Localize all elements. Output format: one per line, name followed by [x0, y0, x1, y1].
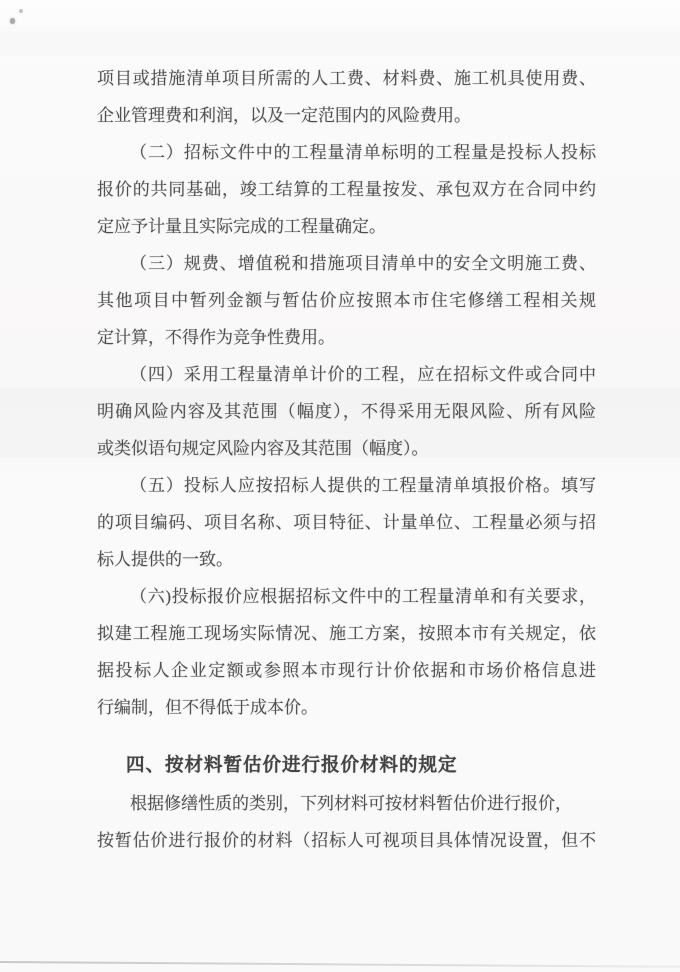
document-line: 其他项目中暂列金额与暂估价应按照本市住宅修缮工程相关规 [97, 282, 596, 319]
document-line: （三）规费、增值税和措施项目清单中的安全文明施工费、 [97, 245, 596, 282]
scan-band [0, 26, 680, 56]
document-line: 的项目编码、项目名称、项目特征、计量单位、工程量必须与招 [97, 504, 596, 541]
document-line: （二）招标文件中的工程量清单标明的工程量是投标人投标 [97, 134, 596, 171]
page-bottom-edge-line [0, 961, 680, 968]
document-line: 根据修缮性质的类别，下列材料可按材料暂估价进行报价， [97, 785, 596, 822]
document-line: 行编制，但不得低于成本价。 [97, 689, 596, 726]
document-line: （四）采用工程量清单计价的工程，应在招标文件或合同中 [97, 356, 596, 393]
document-line: 按暂估价进行报价的材料（招标人可视项目具体情况设置，但不 [97, 822, 596, 859]
document-content: 项目或措施清单项目所需的人工费、材料费、施工机具使用费、企业管理费和利润，以及一… [97, 60, 596, 859]
document-page: 项目或措施清单项目所需的人工费、材料费、施工机具使用费、企业管理费和利润，以及一… [0, 0, 680, 972]
document-line: 拟建工程施工现场实际情况、施工方案，按照本市有关规定，依 [97, 615, 596, 652]
scan-speck [19, 9, 23, 13]
section-heading: 四、按材料暂估价进行报价材料的规定 [97, 748, 596, 785]
document-line: 项目或措施清单项目所需的人工费、材料费、施工机具使用费、 [97, 60, 596, 97]
document-line: 企业管理费和利润，以及一定范围内的风险费用。 [97, 97, 596, 134]
document-line: 标人提供的一致。 [97, 541, 596, 578]
document-line: 明确风险内容及其范围（幅度），不得采用无限风险、所有风险 [97, 393, 596, 430]
document-line: 定应予计量且实际完成的工程量确定。 [97, 208, 596, 245]
document-line: （六)投标报价应根据招标文件中的工程量清单和有关要求， [97, 578, 596, 615]
document-line: 据投标人企业定额或参照本市现行计价依据和市场价格信息进 [97, 652, 596, 689]
document-line: 定计算，不得作为竞争性费用。 [97, 319, 596, 356]
scan-speck [10, 18, 15, 24]
document-line: （五）投标人应按招标人提供的工程量清单填报价格。填写 [97, 467, 596, 504]
document-line: 或类似语句规定风险内容及其范围（幅度）。 [97, 430, 596, 467]
document-line: 报价的共同基础，竣工结算的工程量按发、承包双方在合同中约 [97, 171, 596, 208]
